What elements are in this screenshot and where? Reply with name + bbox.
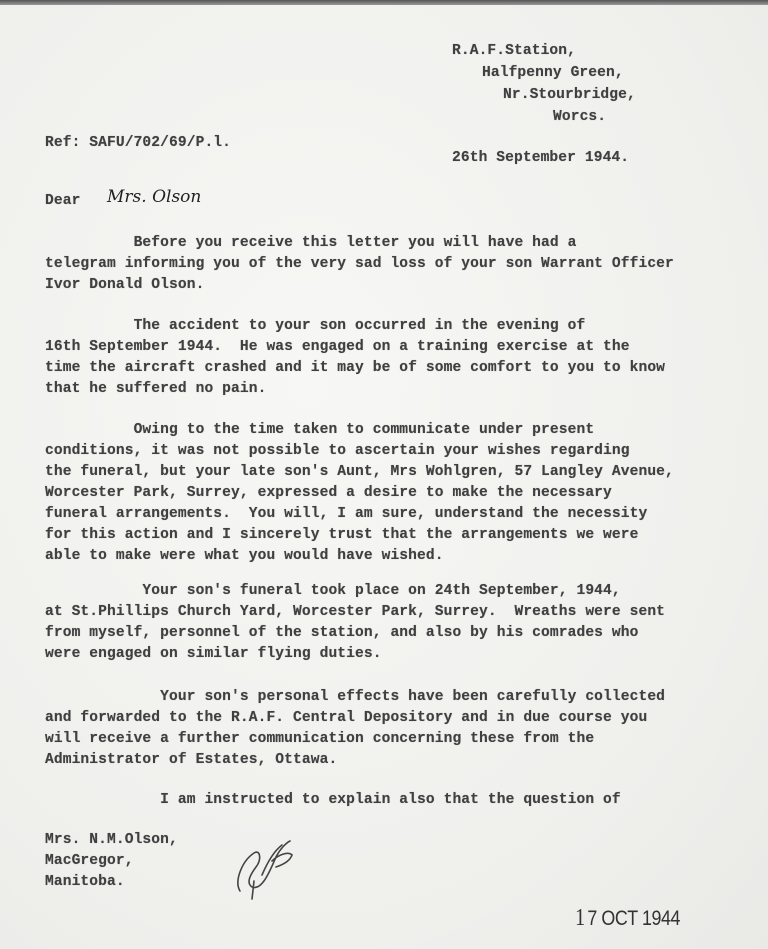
reference-number: Ref: SAFU/702/69/P.l. xyxy=(45,133,231,154)
handwritten-recipient-name: Mrs. Olson xyxy=(107,187,201,207)
paragraph-line: Your son's funeral took place on 24th Se… xyxy=(45,581,621,602)
paragraph-line: will receive a further communication con… xyxy=(45,729,594,750)
addressee-line: Manitoba. xyxy=(45,872,125,893)
paragraph-line: conditions, it was not possible to ascer… xyxy=(45,441,630,462)
stamp-date: 7 OCT 1944 xyxy=(587,907,680,930)
paragraph-line: Administrator of Estates, Ottawa. xyxy=(45,750,337,771)
addressee-line: MacGregor, xyxy=(45,851,134,872)
paragraph-line: time the aircraft crashed and it may be … xyxy=(45,358,665,379)
addressee-line: Mrs. N.M.Olson, xyxy=(45,830,178,851)
letterhead-line-2: Halfpenny Green, xyxy=(482,63,624,84)
paragraph-line: Worcester Park, Surrey, expressed a desi… xyxy=(45,483,612,504)
paragraph-line: Owing to the time taken to communicate u… xyxy=(45,420,594,441)
letter-page: R.A.F.Station, Halfpenny Green, Nr.Stour… xyxy=(0,5,768,949)
paragraph-line: Before you receive this letter you will … xyxy=(45,233,576,254)
paragraph-line: for this action and I sincerely trust th… xyxy=(45,525,638,546)
salutation-dear: Dear xyxy=(45,191,80,212)
handwritten-initials-icon xyxy=(232,831,296,901)
paragraph-line: Ivor Donald Olson. xyxy=(45,275,204,296)
paragraph-line: and forwarded to the R.A.F. Central Depo… xyxy=(45,708,647,729)
paragraph-line: funeral arrangements. You will, I am sur… xyxy=(45,504,647,525)
letterhead-line-4: Worcs. xyxy=(553,107,606,128)
received-date-stamp: 17 OCT 1944 xyxy=(575,905,680,932)
stamp-day-prefix: 1 xyxy=(575,905,585,931)
paragraph-line: were engaged on similar flying duties. xyxy=(45,644,382,665)
paragraph-line: that he suffered no pain. xyxy=(45,379,266,400)
letterhead-line-1: R.A.F.Station, xyxy=(452,41,576,62)
paragraph-line: Your son's personal effects have been ca… xyxy=(45,687,665,708)
paragraph-line: I am instructed to explain also that the… xyxy=(45,790,621,811)
paragraph-line: able to make were what you would have wi… xyxy=(45,546,444,567)
paragraph-line: from myself, personnel of the station, a… xyxy=(45,623,638,644)
paragraph-line: telegram informing you of the very sad l… xyxy=(45,254,674,275)
letterhead-line-3: Nr.Stourbridge, xyxy=(503,85,636,106)
paragraph-line: 16th September 1944. He was engaged on a… xyxy=(45,337,630,358)
paragraph-line: The accident to your son occurred in the… xyxy=(45,316,585,337)
paragraph-line: the funeral, but your late son's Aunt, M… xyxy=(45,462,674,483)
paragraph-line: at St.Phillips Church Yard, Worcester Pa… xyxy=(45,602,665,623)
letter-date: 26th September 1944. xyxy=(452,148,629,169)
